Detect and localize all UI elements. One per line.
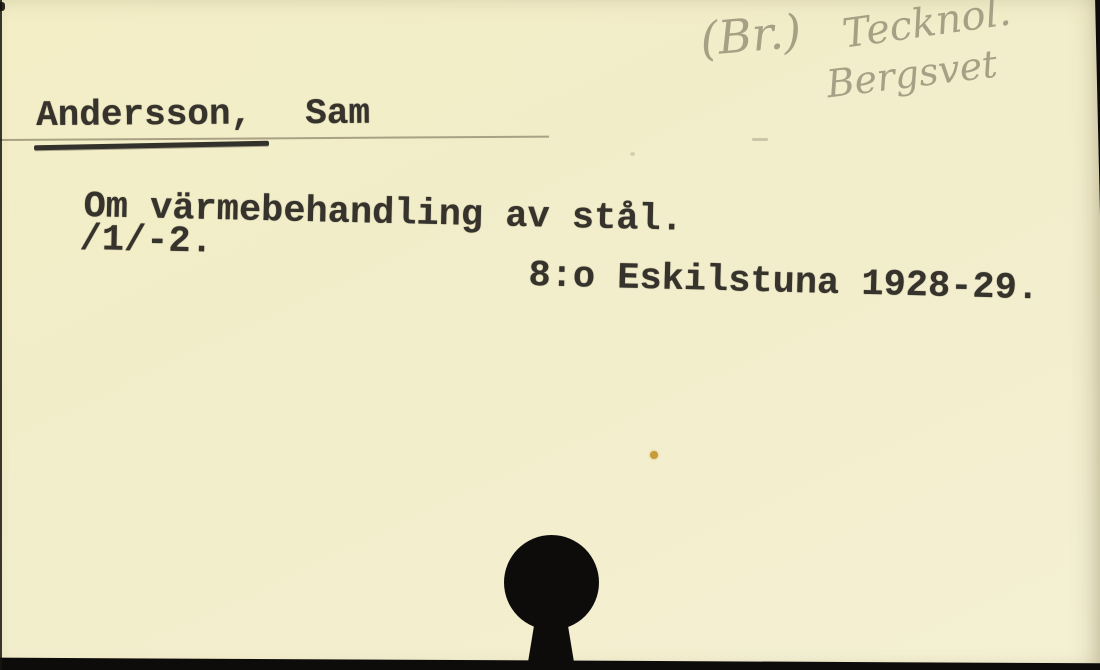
heading-row: Andersson, Sam — [36, 94, 370, 136]
scan-edge-right-wedge — [1093, 0, 1100, 215]
faint-speck — [630, 152, 635, 156]
volumes-line: /1/-2. — [79, 219, 213, 264]
stain-fleck — [650, 451, 658, 459]
heading-given-name: Sam — [305, 94, 370, 134]
heading-underline — [34, 141, 269, 151]
scanned-catalog-card: (Br.) Tecknol. Bergsvet Andersson, Sam O… — [0, 0, 1100, 670]
faint-pencil-dash — [752, 138, 768, 141]
pencil-annotation-br: (Br.) — [698, 4, 804, 67]
heading-surname: Andersson, — [36, 94, 252, 135]
imprint-line: 8:o Eskilstuna 1928-29. — [528, 255, 1040, 310]
scan-corner-speck — [0, 2, 5, 11]
catalog-card: (Br.) Tecknol. Bergsvet Andersson, Sam O… — [0, 0, 1100, 670]
scan-edge-left-line — [0, 0, 2, 670]
ruled-line — [0, 136, 549, 141]
